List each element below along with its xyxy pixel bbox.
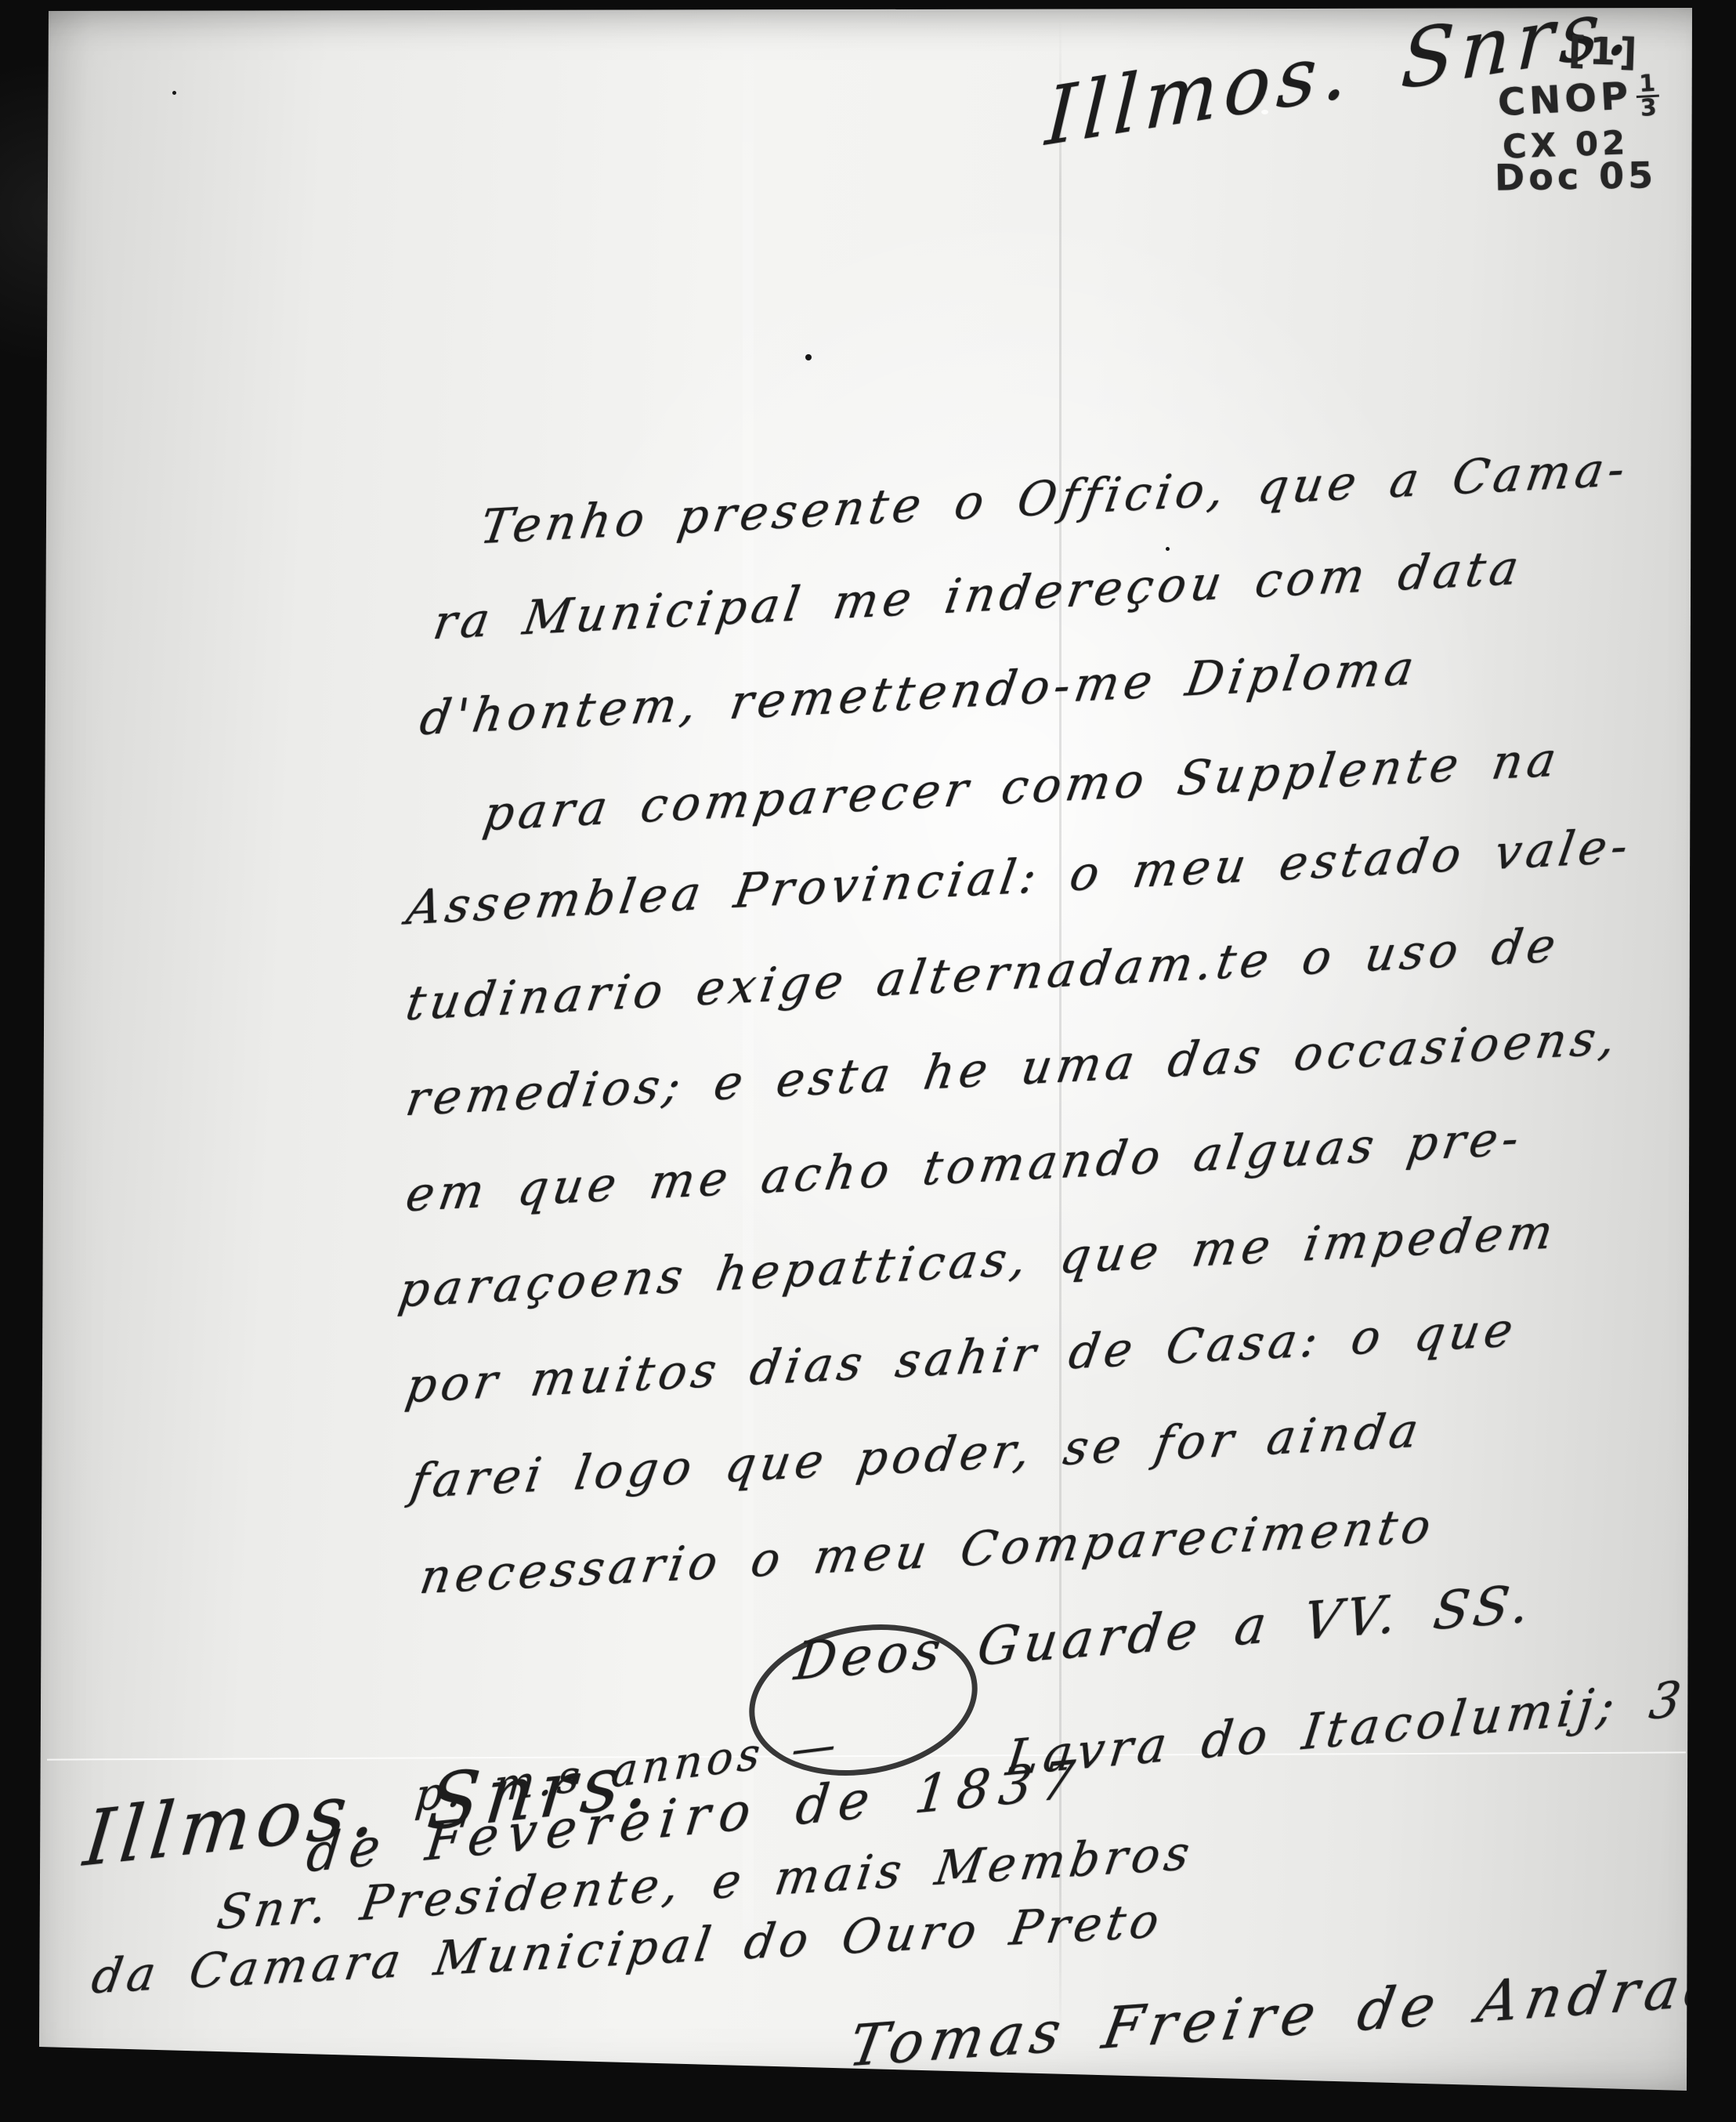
body-line: Assemblea Provincial: o meu estado vale- bbox=[403, 820, 1637, 935]
archive-fund-total: 3 bbox=[1640, 97, 1657, 120]
body-line: paraçoens hepatticas, que me impedem bbox=[396, 1206, 1561, 1316]
archive-doc-mark: Doc 05 bbox=[1495, 154, 1658, 199]
body-line: d'hontem, remettendo-me Diploma bbox=[417, 642, 1422, 744]
valediction-line: Deos Guarde a VV. SS. bbox=[791, 1575, 1537, 1691]
body-line: remedios; e esta he uma das occasioens, bbox=[403, 1012, 1624, 1125]
body-line: em que me acho tomando alguas pre- bbox=[403, 1113, 1528, 1222]
archive-fund-fraction: 13 bbox=[1636, 73, 1661, 121]
place-line: Lavra do Itacolumij; 3 bbox=[1004, 1672, 1689, 1786]
archive-page-mark: [1] bbox=[1568, 28, 1641, 74]
body-line: ra Municipal me indereçou com data bbox=[430, 541, 1527, 649]
signature: Tomas Freire de Andrada bbox=[844, 1950, 1736, 2077]
body-line: necessario o meu Comparecimento bbox=[417, 1500, 1439, 1603]
body-line: Tenho presente o Officio, que a Cama- bbox=[477, 443, 1633, 553]
ink-speck bbox=[805, 354, 812, 360]
paper-sheet: Illmos. Snrs. [1] CNOP13 CX 02 Doc 05 Te… bbox=[0, 0, 1736, 2122]
body-line: por muitos dias sahir de Casa: o que bbox=[403, 1304, 1521, 1412]
body-line: farei logo que poder, se for ainda bbox=[407, 1404, 1427, 1508]
body-line: tudinario exige alternadam.te o uso de bbox=[403, 919, 1564, 1030]
ink-speck bbox=[172, 91, 176, 95]
archive-fund-mark: CNOP13 bbox=[1497, 73, 1661, 128]
scanned-letter-page: Illmos. Snrs. [1] CNOP13 CX 02 Doc 05 Te… bbox=[0, 0, 1736, 2122]
ink-speck bbox=[1166, 547, 1170, 551]
archive-fund-code: CNOP bbox=[1497, 74, 1633, 125]
body-line: para comparecer como Supplente na bbox=[480, 733, 1564, 840]
